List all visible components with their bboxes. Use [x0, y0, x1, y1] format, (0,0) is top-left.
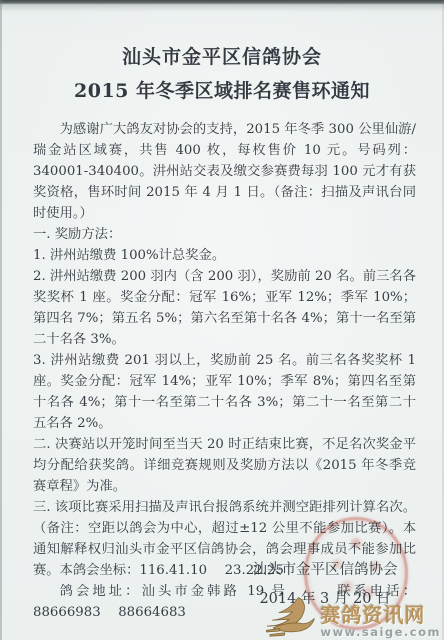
notice-body: 为感谢广大鸽友对协会的支持，2015 年冬季 300 公里仙游/瑞金站区域赛，共…: [33, 119, 416, 623]
signature-org: 汕头市金平区信鸽协会: [230, 556, 420, 585]
award-item-3: 3. 汫州站缴费 201 羽以上，奖励前 25 名。前三名各奖奖杯 1 座。奖金…: [33, 350, 416, 434]
watermark-site-url: www.saige.com: [320, 627, 441, 639]
page-title: 汕头市金平区信鸽协会: [0, 42, 444, 72]
scanned-notice-page: 汕头市金平区信鸽协会 2015 年冬季区域排名赛售环通知 为感谢广大鸽友对协会的…: [0, 0, 444, 640]
notice-intro-paragraph: 为感谢广大鸽友对协会的支持，2015 年冬季 300 公里仙游/瑞金站区域赛，共…: [33, 119, 416, 224]
section-1-heading: 一. 奖励方法：: [33, 224, 416, 245]
award-item-1: 1. 汫州站缴费 100%计总奖金。: [33, 245, 416, 266]
title-block: 汕头市金平区信鸽协会 2015 年冬季区域排名赛售环通知: [0, 42, 444, 106]
signature-date: 2014 年 3 月 20 日: [230, 585, 420, 614]
award-item-2: 2. 汫州站缴费 200 羽内（含 200 羽），奖励前 20 名。前三名各奖奖…: [33, 266, 416, 350]
page-subtitle: 2015 年冬季区域排名赛售环通知: [0, 76, 444, 106]
section-2-paragraph: 二. 决赛站以开笼时间至当天 20 时正结束比赛，不足名次奖金平均分配给获奖鸽。…: [33, 434, 416, 497]
scan-edge-top-shadow: [0, 5, 444, 12]
signature-block: 汕头市金平区信鸽协会 2014 年 3 月 20 日: [230, 556, 420, 614]
